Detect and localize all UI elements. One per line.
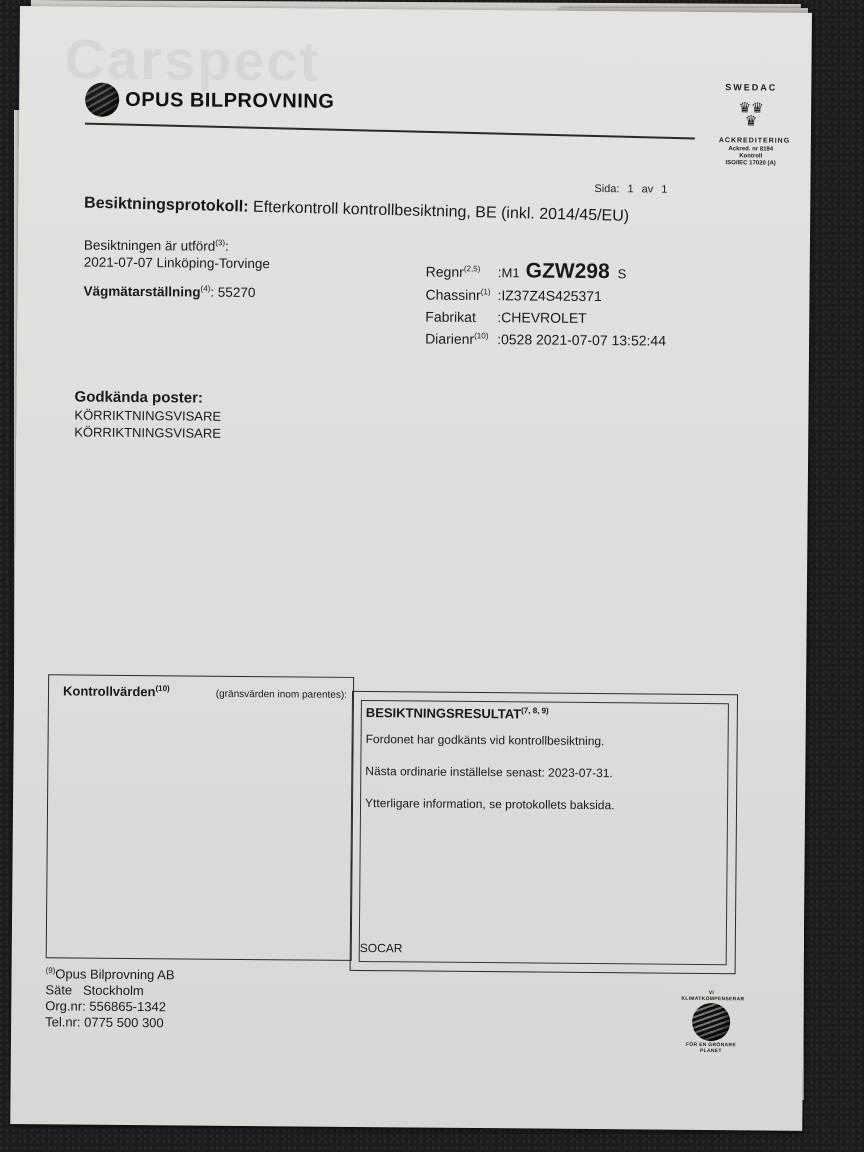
result-title: BESIKTNINGSRESULTAT(7, 8, 9): [366, 705, 549, 722]
company-name: (9)Opus Bilprovning AB: [45, 966, 174, 983]
inspection-protocol-page: Carspect OPUS BILPROVNING SWEDAC ♛♛ ♛ AC…: [10, 6, 812, 1131]
brand-name: OPUS BILPROVNING: [125, 88, 334, 113]
approved-items: Godkända poster: KÖRRIKTNINGSVISARE KÖRR…: [74, 388, 221, 441]
inspection-performed-value: 2021-07-07 Linköping-Torvinge: [84, 254, 270, 273]
company-org-number: Org.nr: 556865-1342: [45, 998, 174, 1015]
company-phone: Tel.nr: 0775 500 300: [45, 1014, 174, 1031]
header-divider: [85, 123, 695, 140]
registration-row: Regnr(2,5) :M1 GZW298 S: [426, 260, 667, 286]
brand-logo: OPUS BILPROVNING: [85, 83, 334, 119]
globe-icon: [692, 1003, 730, 1041]
page-counter: Sida:1av1: [594, 183, 675, 196]
odometer-reading: Vägmätarställning(4): 55270: [83, 283, 269, 302]
diary-number-row: Diarienr(10) :0528 2021-07-07 13:52:44: [425, 328, 666, 352]
approved-item: KÖRRIKTNINGSVISARE: [74, 406, 221, 424]
result-text: Fordonet har godkänts vid kontrollbesikt…: [365, 731, 720, 830]
inspector-signature: SOCAR: [360, 941, 403, 955]
accreditation-caption: Ackred. nr 8194 Kontroll ISO/IEC 17020 (…: [711, 146, 791, 168]
swedac-accreditation-seal: SWEDAC ♛♛ ♛ ACKREDITERING Ackred. nr 819…: [711, 82, 792, 168]
inspection-result-box: BESIKTNINGSRESULTAT(7, 8, 9) Fordonet ha…: [350, 691, 738, 974]
document-title: Besiktningsprotokoll: Efterkontroll kont…: [84, 195, 629, 226]
control-values-title: Kontrollvärden(10): [63, 683, 170, 699]
registration-plate: GZW298: [526, 260, 610, 283]
company-info: (9)Opus Bilprovning AB Säte Stockholm Or…: [45, 966, 175, 1031]
climate-compensation-badge: VI KLIMATKOMPENSERAR FÖR EN GRÖNARE PLAN…: [681, 992, 742, 1053]
chassis-row: Chassinr(1) :IZ37Z4S425371: [425, 284, 666, 308]
approved-items-heading: Godkända poster:: [75, 388, 222, 406]
company-seat: Säte Stockholm: [45, 982, 174, 999]
approved-item: KÖRRIKTNINGSVISARE: [74, 423, 221, 441]
swedac-crown-icon: SWEDAC ♛♛ ♛ ACKREDITERING: [719, 82, 784, 147]
globe-logo-icon: [85, 83, 119, 117]
control-values-box: Kontrollvärden(10) (gränsvärden inom par…: [46, 674, 354, 961]
vehicle-details: Regnr(2,5) :M1 GZW298 S Chassinr(1) :IZ3…: [425, 260, 667, 352]
inspection-info: Besiktningen är utförd(3): 2021-07-07 Li…: [83, 237, 270, 302]
control-values-note: (gränsvärden inom parentes):: [216, 689, 347, 701]
inspection-performed-label: Besiktningen är utförd(3):: [84, 237, 270, 256]
make-row: Fabrikat :CHEVROLET: [425, 306, 666, 330]
